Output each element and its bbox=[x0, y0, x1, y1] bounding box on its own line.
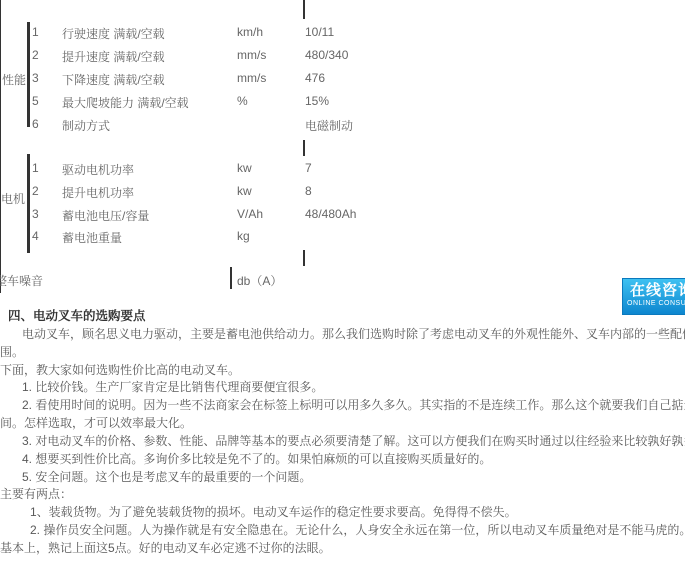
table-row: 2 提升速度 满载/空载 mm/s 480/340 bbox=[0, 48, 685, 62]
article-line: 1. 比较价钱。生产厂家肯定是比销售代理商要便宜很多。 bbox=[0, 379, 685, 397]
row-number: 6 bbox=[32, 117, 39, 131]
row-value: 48/480Ah bbox=[305, 207, 356, 221]
noise-row-unit: db（A） bbox=[237, 272, 282, 289]
article-line: 下面，教大家如何选购性价比高的电动叉车。 bbox=[0, 362, 685, 380]
product-spec-page: { "table": { "sections": [ { "label": "性… bbox=[0, 0, 685, 572]
article-line: 1、装载货物。为了避免装载货物的损坏。电动叉车运作的稳定性要求要高。免得得不偿失… bbox=[0, 504, 685, 522]
row-desc: 制动方式 bbox=[62, 117, 110, 134]
row-unit: V/Ah bbox=[237, 207, 263, 221]
table-row: 6 制动方式 电磁制动 bbox=[0, 117, 685, 131]
row-value: 8 bbox=[305, 184, 312, 198]
row-value: 7 bbox=[305, 161, 312, 175]
noise-row-label: 整车噪音 bbox=[0, 272, 43, 289]
row-number: 3 bbox=[32, 207, 39, 221]
online-consult-label-cn: 在线咨询 bbox=[623, 279, 685, 299]
row-number: 4 bbox=[32, 229, 39, 243]
row-value: 476 bbox=[305, 71, 325, 85]
article-line: 2. 看使用时间的说明。因为一些不法商家会在标签上标明可以用多久多久。其实指的不… bbox=[0, 397, 685, 415]
article-heading: 四、电动叉车的选购要点 bbox=[0, 308, 685, 326]
row-value: 15% bbox=[305, 94, 329, 108]
table-border-mid-segment-1 bbox=[303, 140, 305, 156]
table-row: 4 蓄电池重量 kg bbox=[0, 229, 685, 243]
row-number: 3 bbox=[32, 71, 39, 85]
row-number: 1 bbox=[32, 25, 39, 39]
noise-unit-border bbox=[230, 267, 232, 289]
article-line: 间。怎样选取，才可以效率最大化。 bbox=[0, 415, 685, 433]
row-number: 2 bbox=[32, 184, 39, 198]
table-row: 1 驱动电机功率 kw 7 bbox=[0, 161, 685, 175]
article-line: 2. 操作员安全问题。人为操作就是有安全隐患在。无论什么，人身安全永远在第一位，… bbox=[0, 522, 685, 540]
row-desc: 行驶速度 满载/空载 bbox=[62, 25, 165, 42]
row-unit: mm/s bbox=[237, 48, 266, 62]
table-border-mid-segment-2 bbox=[303, 250, 305, 266]
row-desc: 蓄电池重量 bbox=[62, 229, 122, 246]
row-unit: km/h bbox=[237, 25, 263, 39]
row-unit: kg bbox=[237, 229, 250, 243]
row-unit: % bbox=[237, 94, 248, 108]
table-row: 3 蓄电池电压/容量 V/Ah 48/480Ah bbox=[0, 207, 685, 221]
row-desc: 下降速度 满载/空载 bbox=[62, 71, 165, 88]
article-line: 围。 bbox=[0, 344, 685, 362]
article-line: 主要有两点： bbox=[0, 486, 685, 504]
article-line: 电动叉车，顾名思义电力驱动，主要是蓄电池供给动力。那么我们选购时除了考虑电动叉车… bbox=[0, 326, 685, 344]
table-row: 2 提升电机功率 kw 8 bbox=[0, 184, 685, 198]
row-desc: 最大爬坡能力 满载/空载 bbox=[62, 94, 189, 111]
table-row: 3 下降速度 满载/空载 mm/s 476 bbox=[0, 71, 685, 85]
table-border-top-segment bbox=[303, 0, 305, 19]
row-desc: 提升电机功率 bbox=[62, 184, 134, 201]
row-desc: 蓄电池电压/容量 bbox=[62, 207, 149, 224]
article-line: 5. 安全问题。这个也是考虑叉车的最重要的一个问题。 bbox=[0, 469, 685, 487]
row-number: 5 bbox=[32, 94, 39, 108]
row-number: 1 bbox=[32, 161, 39, 175]
row-number: 2 bbox=[32, 48, 39, 62]
row-desc: 提升速度 满载/空载 bbox=[62, 48, 165, 65]
row-unit: kw bbox=[237, 161, 252, 175]
article-line: 4. 想要买到性价比高。多询价多比较是免不了的。如果怕麻烦的可以直接购买质量好的… bbox=[0, 451, 685, 469]
row-value: 电磁制动 bbox=[305, 117, 353, 134]
online-consult-button[interactable]: 在线咨询 ONLINE CONSULTATION bbox=[622, 278, 685, 315]
table-border-left bbox=[0, 0, 1, 293]
online-consult-label-en: ONLINE CONSULTATION bbox=[623, 299, 685, 307]
table-row: 1 行驶速度 满载/空载 km/h 10/11 bbox=[0, 25, 685, 39]
row-unit: mm/s bbox=[237, 71, 266, 85]
table-row: 5 最大爬坡能力 满载/空载 % 15% bbox=[0, 94, 685, 108]
article-line: 3. 对电动叉车的价格、参数、性能、品牌等基本的要点必须要清楚了解。这可以方便我… bbox=[0, 433, 685, 451]
row-unit: kw bbox=[237, 184, 252, 198]
row-desc: 驱动电机功率 bbox=[62, 161, 134, 178]
article-line: 基本上，熟记上面这5点。好的电动叉车必定逃不过你的法眼。 bbox=[0, 540, 685, 558]
row-value: 480/340 bbox=[305, 48, 348, 62]
row-value: 10/11 bbox=[305, 25, 334, 39]
buying-guide-article: 四、电动叉车的选购要点 电动叉车，顾名思义电力驱动，主要是蓄电池供给动力。那么我… bbox=[0, 308, 685, 558]
